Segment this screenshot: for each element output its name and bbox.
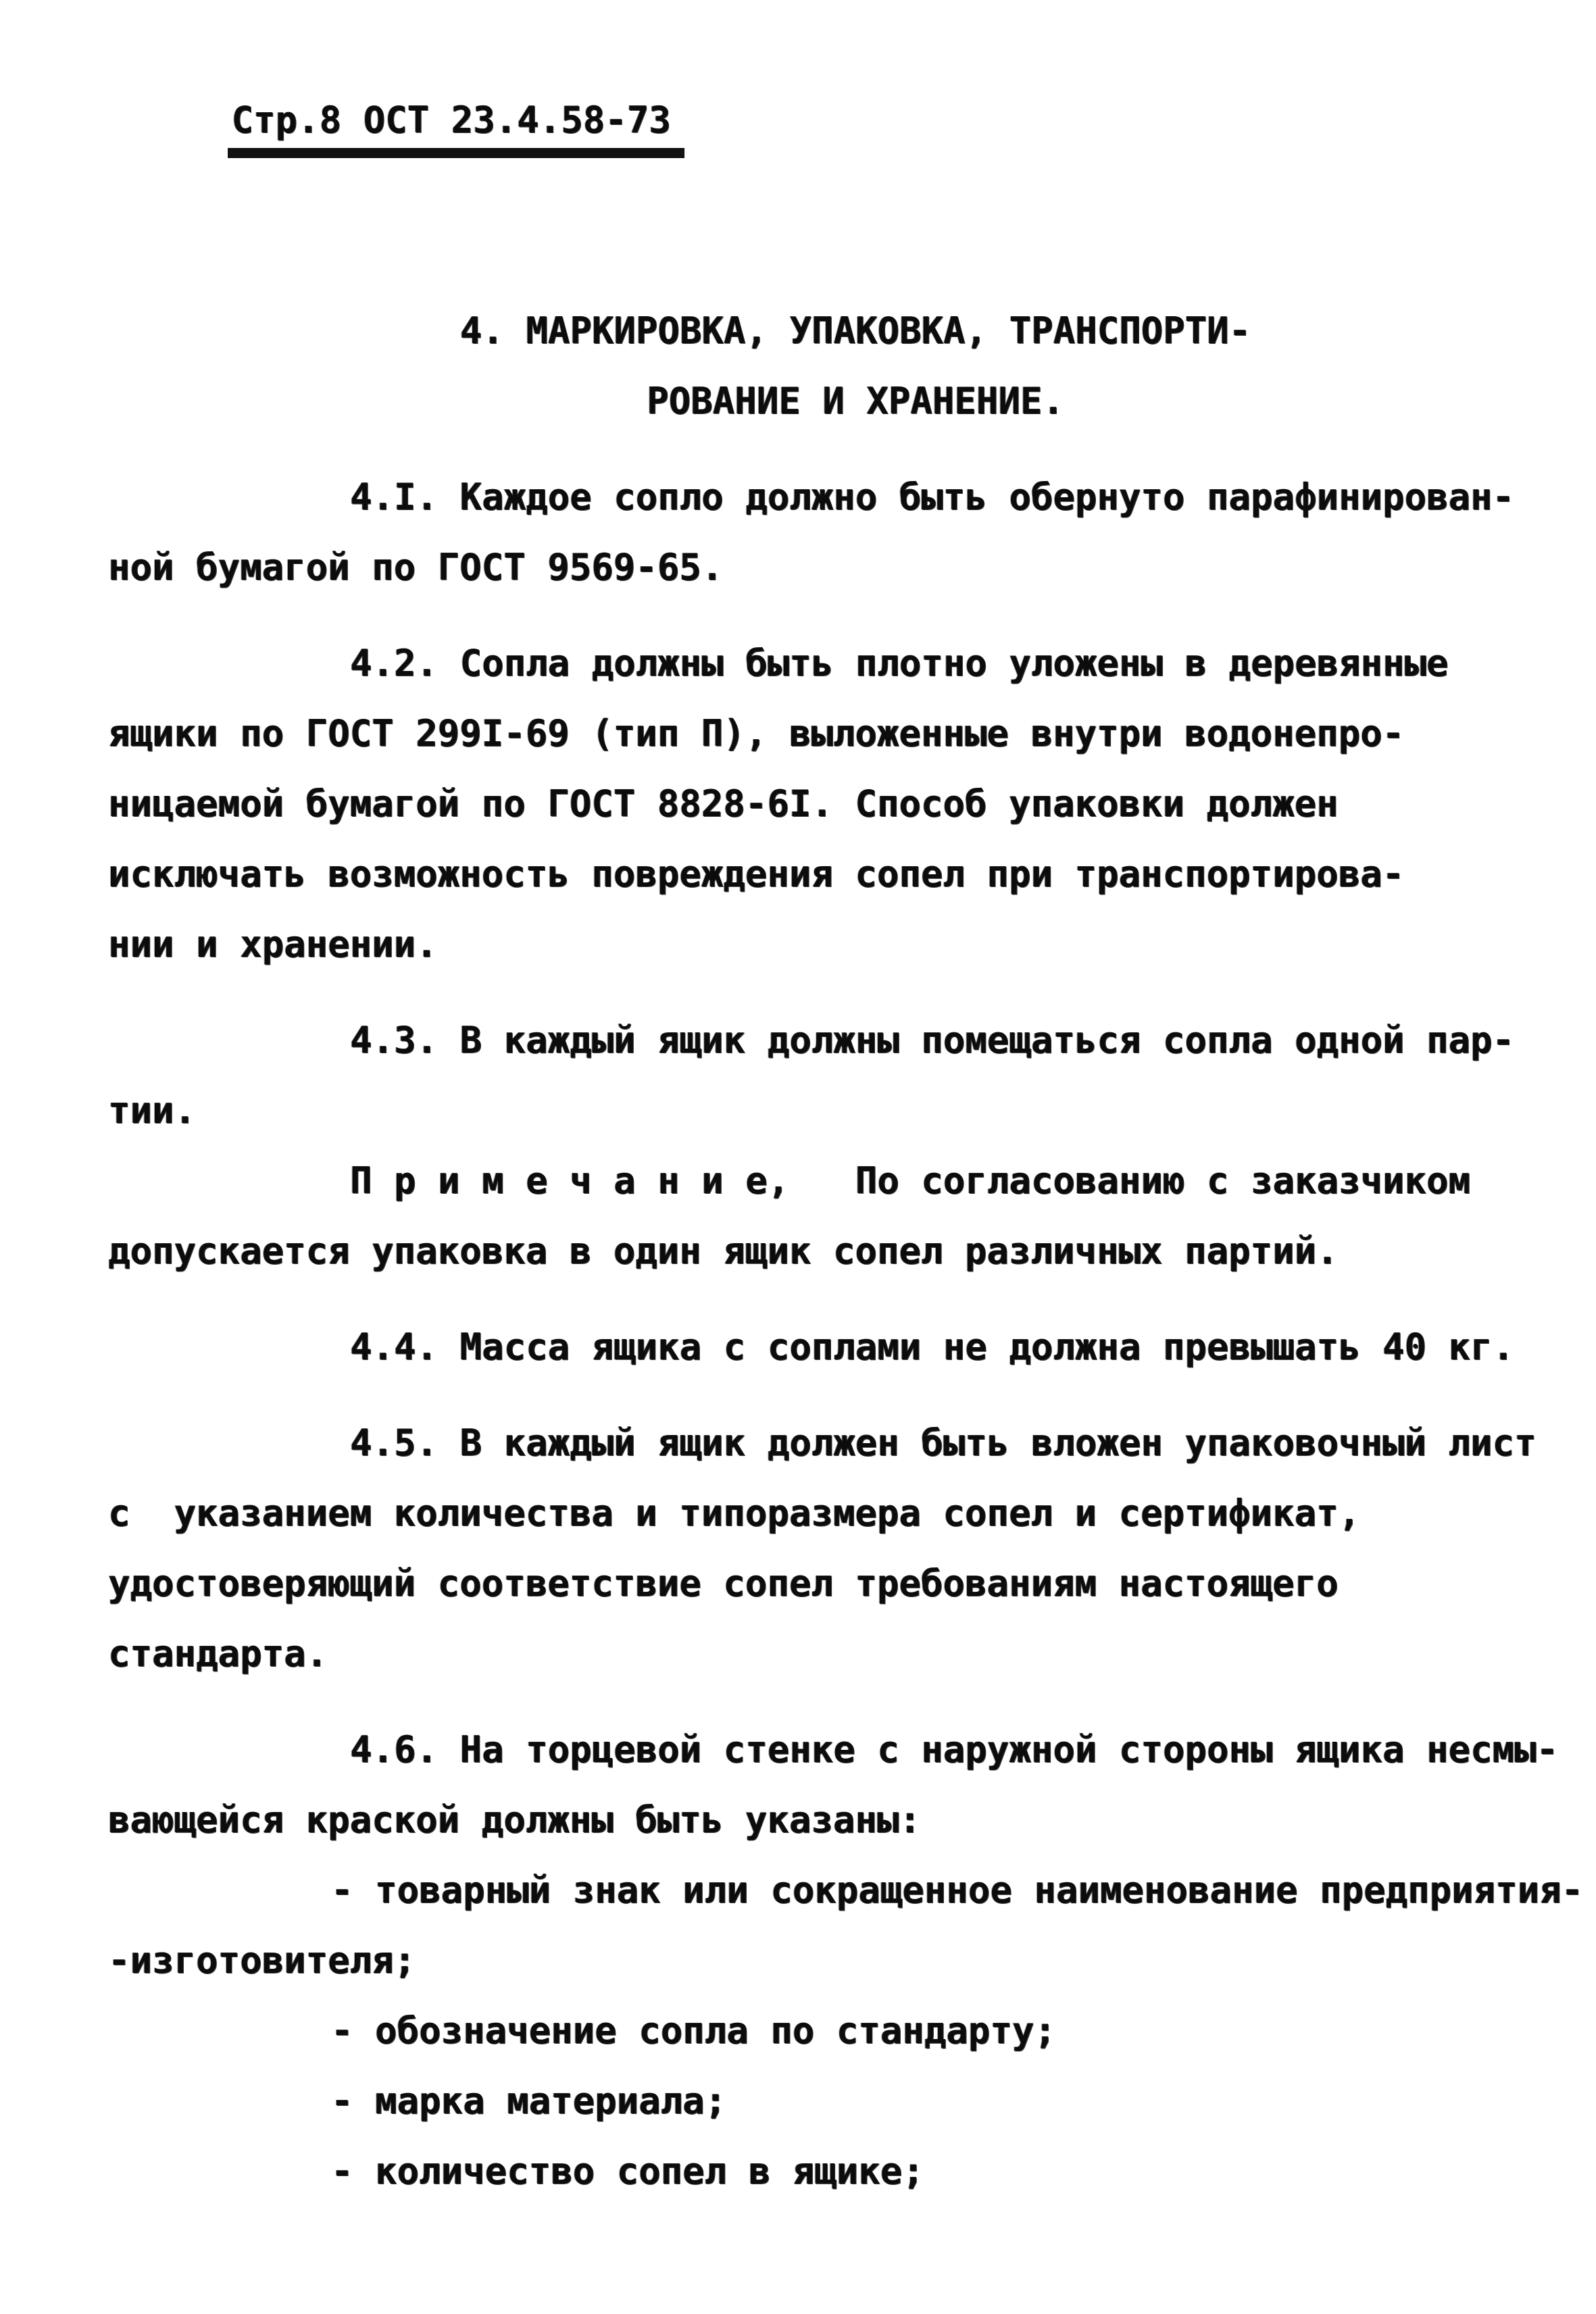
- document-body: 4.I. Каждое сопло должно быть обернуто п…: [108, 462, 1501, 2207]
- text-line: ной бумагой по ГОСТ 9569-65.: [108, 532, 1501, 603]
- text-line: - обозначение сопла по стандарту;: [108, 1996, 1501, 2066]
- text-line: П р и м е ч а н и е, По согласованию с з…: [108, 1146, 1501, 1216]
- section-title: 4. МАРКИРОВКА, УПАКОВКА, ТРАНСПОРТИ-РОВА…: [108, 296, 1501, 436]
- text-line: 4.4. Масса ящика с соплами не должна пре…: [108, 1312, 1501, 1382]
- text-line: допускается упаковка в один ящик сопел р…: [108, 1216, 1501, 1286]
- scanned-document-page: Стр.8 ОСТ 23.4.58-73 4. МАРКИРОВКА, УПАК…: [0, 0, 1596, 2314]
- text-line: - товарный знак или сокращенное наименов…: [108, 1855, 1501, 1926]
- text-line: ницаемой бумагой по ГОСТ 8828-6I. Способ…: [108, 769, 1501, 839]
- text-line: 4.6. На торцевой стенке с наружной сторо…: [108, 1715, 1501, 1785]
- text-line: 4.I. Каждое сопло должно быть обернуто п…: [108, 462, 1501, 532]
- text-line: исключать возможность повреждения сопел …: [108, 839, 1501, 909]
- text-line: тии.: [108, 1076, 1501, 1146]
- text-line: 4.3. В каждый ящик должны помещаться соп…: [108, 1005, 1501, 1076]
- text-line: 4.2. Сопла должны быть плотно уложены в …: [108, 628, 1501, 699]
- text-line: стандарта.: [108, 1619, 1501, 1689]
- text-line: вающейся краской должны быть указаны:: [108, 1785, 1501, 1855]
- text-line: с указанием количества и типоразмера соп…: [108, 1478, 1501, 1549]
- text-line: - количество сопел в ящике;: [108, 2136, 1501, 2207]
- text-line: ящики по ГОСТ 299I-69 (тип П), выложенны…: [108, 699, 1501, 769]
- text-line: -изготовителя;: [108, 1926, 1501, 1996]
- page-header-text: Стр.8 ОСТ 23.4.58-73: [228, 99, 684, 158]
- section-title-line: 4. МАРКИРОВКА, УПАКОВКА, ТРАНСПОРТИ-: [209, 296, 1501, 366]
- page-header: Стр.8 ОСТ 23.4.58-73: [108, 86, 1501, 171]
- text-line: нии и хранении.: [108, 909, 1501, 980]
- text-line: 4.5. В каждый ящик должен быть вложен уп…: [108, 1408, 1501, 1478]
- text-line: - марка материала;: [108, 2066, 1501, 2136]
- section-title-line: РОВАНИЕ И ХРАНЕНИЕ.: [209, 366, 1501, 436]
- text-line: удостоверяющий соответствие сопел требов…: [108, 1549, 1501, 1619]
